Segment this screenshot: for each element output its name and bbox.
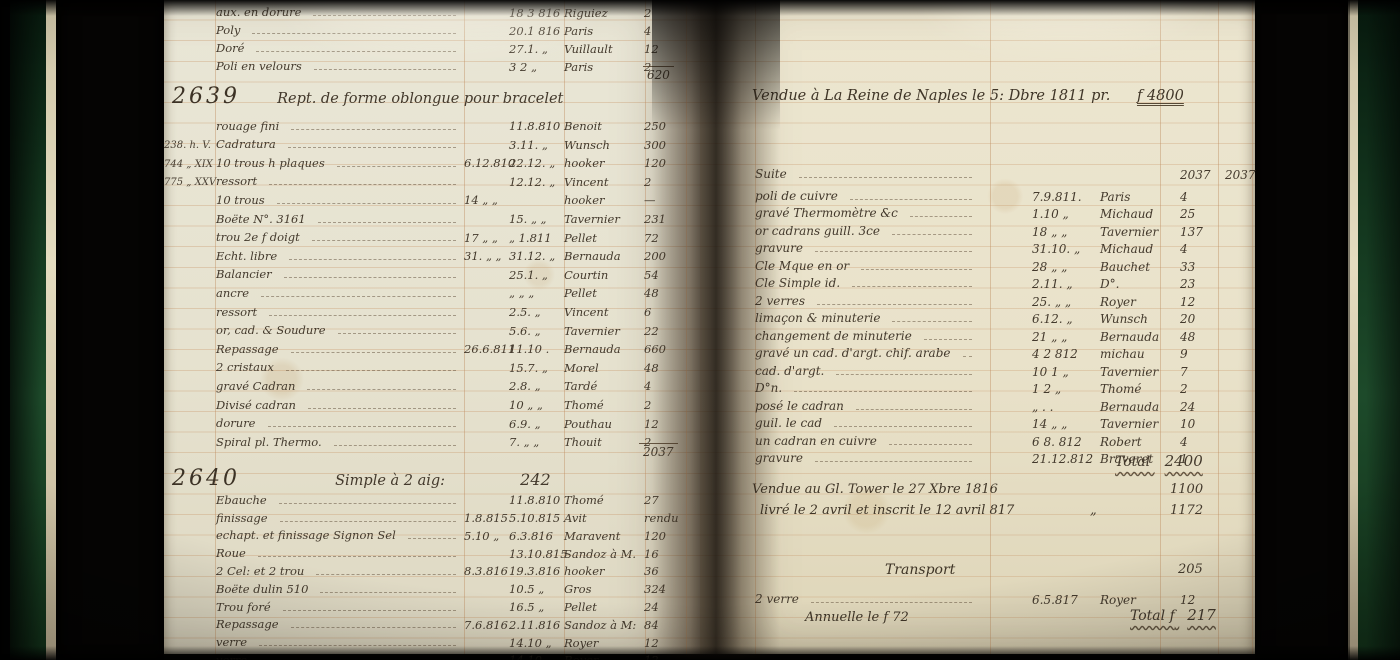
row-date-2: 11.8.810 [509, 121, 564, 133]
row-amount: 12 [644, 655, 688, 660]
row-amount: 12 [1180, 594, 1225, 606]
section-2639-rows: rouage fini 11.8.810 Benoit 250 238. h. … [164, 114, 694, 449]
row-worker: Courtin [564, 270, 644, 282]
row-label: gravé un cad. d'argt. chif. arabe [755, 347, 951, 359]
row-date: „ . . [980, 401, 1100, 413]
ledger-row: Repassage 7.6.816 2.11.816 Sandoz à M: 8… [164, 614, 694, 632]
green-leather-cover-right [1354, 0, 1400, 660]
row-description: Boëte dulin 510 [216, 584, 464, 596]
entry-number: 2639 [172, 84, 240, 109]
row-label: dorure [216, 418, 256, 430]
row-date-2: 11.8.810 [509, 495, 564, 507]
row-description: gravé un cad. d'argt. chif. arabe [755, 347, 980, 360]
row-amount: 2 [644, 177, 688, 189]
ledger-row: 2 verres 25. „ „ Royer 12 [700, 290, 1255, 308]
ledger-page-right: Vendue à La Reine de Naples le 5: Dbre 1… [700, 0, 1255, 654]
row-amount: 6 [644, 307, 688, 319]
row-date-2: 14.10 „ [509, 638, 564, 650]
suite-label: Suite [755, 168, 787, 180]
row-date-2: 20.1 816 [509, 26, 564, 38]
row-date-2: 2.8. „ [509, 381, 564, 393]
row-worker: Gros [564, 584, 644, 596]
row-amount: 20 [1180, 313, 1225, 325]
row-worker: Tavernier [564, 326, 644, 338]
carryover-total: 620 [643, 66, 674, 82]
row-date-2: „ „ „ [509, 288, 564, 300]
row-label: 10 trous [216, 195, 265, 207]
ledger-row: verre 14.10 „ Royer 12 [164, 649, 694, 660]
leader-dashes [316, 573, 456, 575]
sale-annotation-tower: Vendue au Gl. Tower le 27 Xbre 1816 [752, 482, 998, 497]
leader-dashes [852, 285, 972, 287]
row-worker: Paris [564, 62, 644, 74]
delivery-amount: 1172 [1170, 503, 1203, 518]
row-amount: 12 [644, 638, 688, 650]
row-date-2: 10.5 „ [509, 584, 564, 596]
row-description: 10 trous [216, 195, 464, 207]
row-description: Poly [216, 25, 464, 37]
row-amount: 7 [1180, 366, 1225, 378]
row-description: ancre [216, 288, 464, 300]
row-amount: 120 [644, 531, 688, 543]
row-label: gravé Cadran [216, 381, 295, 393]
row-label: Cle Mque en or [755, 260, 849, 272]
row-date: 31.10. „ [980, 243, 1100, 255]
row-description: gravure [755, 452, 980, 465]
row-description: ressort [216, 307, 464, 319]
section-2640-rows: Ebauche 11.8.810 Thomé 27 finissage 1.8.… [164, 489, 694, 660]
transport-amount: 205 [1178, 562, 1203, 577]
leader-dashes [334, 444, 456, 446]
row-description: Cle Mque en or [755, 260, 980, 273]
ledger-row: Ebauche 11.8.810 Thomé 27 [164, 489, 694, 507]
delivery-annotation: livré le 2 avril et inscrit le 12 avril … [760, 503, 1014, 518]
leader-dashes [277, 202, 456, 204]
leader-dashes [291, 128, 456, 130]
ledger-row: Repassage 26.6.811 11.10 . Bernauda 660 [164, 337, 694, 356]
row-worker: Benoit [564, 121, 644, 133]
sale-price: f 4800 [1137, 88, 1184, 104]
leader-dashes [337, 165, 456, 167]
row-label: un cadran en cuivre [755, 435, 877, 447]
row-worker: Maravent [564, 531, 644, 543]
ledger-row: Doré 27.1. „ Vuillault 12 [164, 37, 694, 55]
leader-dashes [811, 601, 972, 603]
row-amount: 2 [644, 8, 688, 20]
row-date-1: 5.10 „ [464, 531, 509, 543]
row-worker: Bernauda [564, 344, 644, 356]
leader-dashes [279, 502, 456, 504]
row-label: Roue [216, 548, 246, 560]
row-amount: 9 [1180, 348, 1225, 360]
row-date-2: 19.3.816 [509, 566, 564, 578]
row-label: Trou foré [216, 602, 271, 614]
row-description: Roue [216, 548, 464, 560]
row-worker: Thomé [564, 495, 644, 507]
row-worker: Thomé [1100, 383, 1180, 395]
row-description: 2 verres [755, 295, 980, 308]
leader-dashes [836, 373, 972, 375]
row-description: rouage fini [216, 121, 464, 133]
row-worker: hooker [564, 195, 644, 207]
row-description: ressort [216, 176, 464, 188]
section-2639-header: 2639 Rept. de forme oblongue pour bracel… [172, 84, 563, 109]
leader-dashes [924, 338, 972, 340]
row-description: Spiral pl. Thermo. [216, 437, 464, 449]
row-worker: Bauchet [1100, 261, 1180, 273]
row-worker: D°. [1100, 278, 1180, 290]
row-description: or cadrans guill. 3ce [755, 225, 980, 238]
row-worker: Robert [1100, 436, 1180, 448]
row-date-2: 15. „ „ [509, 214, 564, 226]
leader-dashes [286, 369, 456, 371]
row-date-2: 2.5. „ [509, 307, 564, 319]
row-ref: 775 „ XXV [164, 178, 216, 188]
leader-dashes [815, 460, 972, 462]
row-worker: Bernauda [564, 251, 644, 263]
ledger-row: Boëte dulin 510 10.5 „ Gros 324 [164, 578, 694, 596]
row-ref: 744 „ XIX [164, 160, 216, 170]
leader-dashes [268, 425, 457, 427]
ledger-row: cad. d'argt. 10 1 „ Tavernier 7 [700, 360, 1255, 378]
row-label: cad. d'argt. [755, 365, 824, 377]
ledger-row: Echt. libre 31. „ „ 31.12. „ Bernauda 20… [164, 244, 694, 263]
suite-total: Total 2400 [1115, 452, 1203, 470]
row-worker: Royer [1100, 296, 1180, 308]
row-amount: 25 [1180, 208, 1225, 220]
leader-dashes [963, 355, 973, 357]
row-label: Cadratura [216, 139, 276, 151]
leader-dashes [256, 50, 456, 52]
ledger-row: Boëte N°. 3161 15. „ „ Tavernier 231 [164, 207, 694, 226]
row-label: 2 verre [755, 593, 799, 605]
row-label: gravure [755, 452, 803, 464]
leader-dashes [289, 258, 456, 260]
row-label: Repassage [216, 344, 279, 356]
leader-dashes [817, 303, 972, 305]
ledger-row: D°n. 1 2 „ Thomé 2 [700, 378, 1255, 396]
ledger-row: ancre „ „ „ Pellet 48 [164, 281, 694, 300]
row-date-2: 31.12. „ [509, 251, 564, 263]
row-worker: Thouit [564, 437, 644, 449]
row-description: Cadratura [216, 139, 464, 151]
row-date: 6 8. 812 [980, 436, 1100, 448]
leader-dashes [408, 537, 456, 539]
row-description: dorure [216, 418, 464, 430]
leader-dashes [861, 268, 972, 270]
row-label: limaçon & minuterie [755, 312, 880, 324]
row-worker: hooker [564, 158, 644, 170]
row-date: 4 2 812 [980, 348, 1100, 360]
entry-number: 2640 [172, 466, 240, 491]
ledger-row: or, cad. & Soudure 5.6. „ Tavernier 22 [164, 319, 694, 338]
row-label: Divisé cadran [216, 400, 296, 412]
row-label: Poly [216, 25, 240, 37]
row-worker: Pouthau [564, 419, 644, 431]
row-date-1: 14 „ „ [464, 195, 509, 207]
row-date: 28 „ „ [980, 261, 1100, 273]
row-worker: Thomé [564, 400, 644, 412]
row-label: Repassage [216, 619, 279, 631]
leader-dashes [269, 314, 456, 316]
ledger-row: Cle Simple id. 2.11. „ D°. 23 [700, 273, 1255, 291]
transport-label: Transport [885, 562, 955, 578]
row-date-2: 27.1. „ [509, 44, 564, 56]
row-description: 2 cristaux [216, 362, 464, 374]
row-description: trou 2e f doigt [216, 232, 464, 244]
transport-rows: 2 verre 6.5.817 Royer 12 [700, 588, 1255, 606]
row-label: changement de minuterie [755, 330, 912, 342]
row-description: poli de cuivre [755, 190, 980, 203]
row-worker: Bernauda [1100, 331, 1180, 343]
row-amount: 48 [1180, 331, 1225, 343]
row-worker: Bernauda [1100, 401, 1180, 413]
delivery-ditto: „ [1090, 503, 1097, 518]
leader-dashes [892, 320, 972, 322]
row-label: posé le cadran [755, 400, 844, 412]
row-amount: rendu [644, 513, 688, 525]
leader-dashes [280, 520, 456, 522]
ledger-row: verre 14.10 „ Royer 12 [164, 631, 694, 649]
ledger-row: Cle Mque en or 28 „ „ Bauchet 33 [700, 255, 1255, 273]
row-worker: Sandoz à M: [564, 620, 644, 632]
row-label: verre [216, 637, 247, 649]
row-description: Ebauche [216, 495, 464, 507]
row-label: poli de cuivre [755, 190, 838, 202]
row-amount: 300 [644, 140, 688, 152]
row-date-2: 5.6. „ [509, 326, 564, 338]
ledger-row: changement de minuterie 21 „ „ Bernauda … [700, 325, 1255, 343]
ledger-row: posé le cadran „ . . Bernauda 24 [700, 395, 1255, 413]
row-date-2: 10 „ „ [509, 400, 564, 412]
row-worker: michau [1100, 348, 1180, 360]
row-date: 6.5.817 [980, 594, 1100, 606]
row-worker: Tavernier [1100, 226, 1180, 238]
row-description: 2 verre [755, 593, 980, 606]
row-amount: 120 [644, 158, 688, 170]
ledger-row: aux. en dorure 18 3 816 Riguiez 2 [164, 1, 694, 19]
row-worker: Vincent [564, 177, 644, 189]
row-description: Poli en velours [216, 61, 464, 73]
row-description: Boëte N°. 3161 [216, 214, 464, 226]
row-worker: Pellet [564, 288, 644, 300]
row-amount: 54 [644, 270, 688, 282]
row-date-2: „ 1.811 [509, 233, 564, 245]
row-amount: 48 [644, 288, 688, 300]
ledger-row: 2 cristaux 15.7. „ Morel 48 [164, 356, 694, 375]
leader-dashes [856, 408, 972, 410]
row-worker: hooker [564, 566, 644, 578]
row-description: Repassage [216, 344, 464, 356]
suite-carry-b: 2037 [1225, 169, 1255, 181]
row-description: Trou foré [216, 602, 464, 614]
ledger-row: Roue 13.10.815 Sandoz à M. 16 [164, 542, 694, 560]
total-value: 2400 [1165, 452, 1203, 470]
row-date: 10 1 „ [980, 366, 1100, 378]
row-description: Cle Simple id. [755, 277, 980, 290]
row-amount: 200 [644, 251, 688, 263]
leader-dashes [314, 68, 456, 70]
row-description: Divisé cadran [216, 400, 464, 412]
ledger-row: 2 verre 6.5.817 Royer 12 [700, 588, 1255, 606]
row-worker: Vuillault [564, 44, 644, 56]
leader-dashes [261, 295, 456, 297]
row-label: D°n. [755, 382, 782, 394]
row-worker: Vincent [564, 307, 644, 319]
row-ref: 238. h. V. [164, 141, 216, 151]
row-description: posé le cadran [755, 400, 980, 413]
row-amount: 660 [644, 344, 688, 356]
row-date: 21.12.812 [980, 453, 1100, 465]
row-description: echapt. et finissage Signon Sel [216, 530, 464, 542]
row-amount: 4 [1180, 191, 1225, 203]
row-description: verre [216, 655, 464, 660]
row-description: Balancier [216, 269, 464, 281]
row-date-2: 6.9. „ [509, 419, 564, 431]
suite-carry-a: 2037 [1180, 169, 1225, 181]
row-date-2: 16.5 „ [509, 602, 564, 614]
ledger-row: trou 2e f doigt 17 „ „ „ 1.811 Pellet 72 [164, 226, 694, 245]
row-date: 18 „ „ [980, 226, 1100, 238]
ledger-row: Spiral pl. Thermo. 7. „ „ Thouit 2 [164, 430, 694, 449]
ledger-row: un cadran en cuivre 6 8. 812 Robert 4 [700, 430, 1255, 448]
row-description: cad. d'argt. [755, 365, 980, 378]
row-date: 1.10 „ [980, 208, 1100, 220]
row-amount: 72 [644, 233, 688, 245]
row-amount: 324 [644, 584, 688, 596]
row-label: Poli en velours [216, 61, 302, 73]
row-amount: 231 [644, 214, 688, 226]
row-worker: Tavernier [1100, 418, 1180, 430]
ledger-row: rouage fini 11.8.810 Benoit 250 [164, 114, 694, 133]
ledger-row: gravé Cadran 2.8. „ Tardé 4 [164, 374, 694, 393]
row-date-2: 2.11.816 [509, 620, 564, 632]
leader-dashes [252, 32, 456, 34]
row-description: gravure [755, 242, 980, 255]
sale-tower-amount: 1100 [1170, 482, 1203, 497]
row-amount: 22 [644, 326, 688, 338]
carryover-rows: aux. en dorure 18 3 816 Riguiez 2 Poly 2… [164, 1, 694, 73]
row-date-1: 26.6.811 [464, 344, 509, 356]
page-block-edge-left [46, 0, 56, 660]
row-date-2: 7. „ „ [509, 437, 564, 449]
row-amount: 48 [644, 363, 688, 375]
row-amount: 2 [644, 400, 688, 412]
leader-dashes [799, 176, 972, 178]
row-date: 6.12. „ [980, 313, 1100, 325]
row-worker: Wunsch [1100, 313, 1180, 325]
row-description: gravé Cadran [216, 381, 464, 393]
row-date: 25. „ „ [980, 296, 1100, 308]
leader-dashes [291, 626, 456, 628]
sale-note-text: Vendue à La Reine de Naples le 5: Dbre 1… [752, 88, 1110, 104]
leader-dashes [307, 388, 456, 390]
entry-title: Simple à 2 aig: [335, 473, 445, 489]
row-worker: Pellet [564, 233, 644, 245]
ledger-row: 10 trous 14 „ „ hooker — [164, 188, 694, 207]
row-date-1: 7.6.816 [464, 620, 509, 632]
row-description: or, cad. & Soudure [216, 325, 464, 337]
row-description: un cadran en cuivre [755, 435, 980, 448]
row-worker: Royer [1100, 594, 1180, 606]
leader-dashes [320, 591, 456, 593]
ledger-row: poli de cuivre 7.9.811. Paris 4 [700, 185, 1255, 203]
row-label: aux. en dorure [216, 7, 301, 19]
leader-dashes [258, 555, 456, 557]
leader-dashes [312, 239, 456, 241]
ledger-page-left: aux. en dorure 18 3 816 Riguiez 2 Poly 2… [164, 0, 700, 654]
leader-dashes [892, 233, 972, 235]
row-amount: 137 [1180, 226, 1225, 238]
row-description: D°n. [755, 382, 980, 395]
leader-dashes [283, 609, 456, 611]
row-label: finissage [216, 513, 268, 525]
ledger-row: Trou foré 16.5 „ Pellet 24 [164, 596, 694, 614]
sale-annotation-naples: Vendue à La Reine de Naples le 5: Dbre 1… [752, 88, 1184, 104]
row-worker: Tavernier [1100, 366, 1180, 378]
leader-dashes [815, 250, 972, 252]
row-label: guil. le cad [755, 417, 822, 429]
row-amount: 24 [1180, 401, 1225, 413]
row-amount: 4 [644, 381, 688, 393]
row-date-1: 6.12.810 [464, 158, 509, 170]
row-description: 10 trous h plaques [216, 158, 464, 170]
entry-title-value: 242 [520, 470, 551, 489]
row-date-2: 11.10 . [509, 344, 564, 356]
row-label: Doré [216, 43, 244, 55]
row-amount: 12 [644, 44, 688, 56]
row-label: rouage fini [216, 121, 279, 133]
row-worker: Pellet [564, 602, 644, 614]
row-worker: Michaud [1100, 243, 1180, 255]
ledger-row: or cadrans guill. 3ce 18 „ „ Tavernier 1… [700, 220, 1255, 238]
row-date: 14 „ „ [980, 418, 1100, 430]
row-label: or cadrans guill. 3ce [755, 225, 880, 237]
ledger-row: ressort 2.5. „ Vincent 6 [164, 300, 694, 319]
row-label: Spiral pl. Thermo. [216, 437, 322, 449]
row-amount: 16 [644, 549, 688, 561]
leader-dashes [291, 351, 456, 353]
ledger-row: dorure 6.9. „ Pouthau 12 [164, 412, 694, 431]
row-worker: Tardé [564, 381, 644, 393]
row-label: Balancier [216, 269, 272, 281]
photo-of-open-ledger-book: aux. en dorure 18 3 816 Riguiez 2 Poly 2… [0, 0, 1400, 660]
row-date-2: 3.11. „ [509, 140, 564, 152]
row-description: verre [216, 637, 464, 649]
leader-dashes [318, 221, 456, 223]
row-label: or, cad. & Soudure [216, 325, 326, 337]
row-amount: 4 [1180, 436, 1225, 448]
row-date-2: 18 3 816 [509, 8, 564, 20]
row-date: 7.9.811. [980, 191, 1100, 203]
ledger-row: guil. le cad 14 „ „ Tavernier 10 [700, 413, 1255, 431]
row-description: changement de minuterie [755, 330, 980, 343]
row-amount: 4 [1180, 243, 1225, 255]
leader-dashes [288, 146, 456, 148]
leader-dashes [794, 390, 972, 392]
ledger-row: gravé Thermomètre &c 1.10 „ Michaud 25 [700, 203, 1255, 221]
row-worker: Paris [564, 26, 644, 38]
final-total-value: 217 [1187, 606, 1216, 624]
suite-row: Suite 2037 2037 [700, 163, 1255, 181]
row-description: Echt. libre [216, 251, 464, 263]
row-date: 2.11. „ [980, 278, 1100, 290]
row-worker: Paris [1100, 191, 1180, 203]
row-worker: Wunsch [564, 140, 644, 152]
row-label: Ebauche [216, 495, 267, 507]
row-label: Boëte dulin 510 [216, 584, 308, 596]
row-description: aux. en dorure [216, 7, 464, 19]
